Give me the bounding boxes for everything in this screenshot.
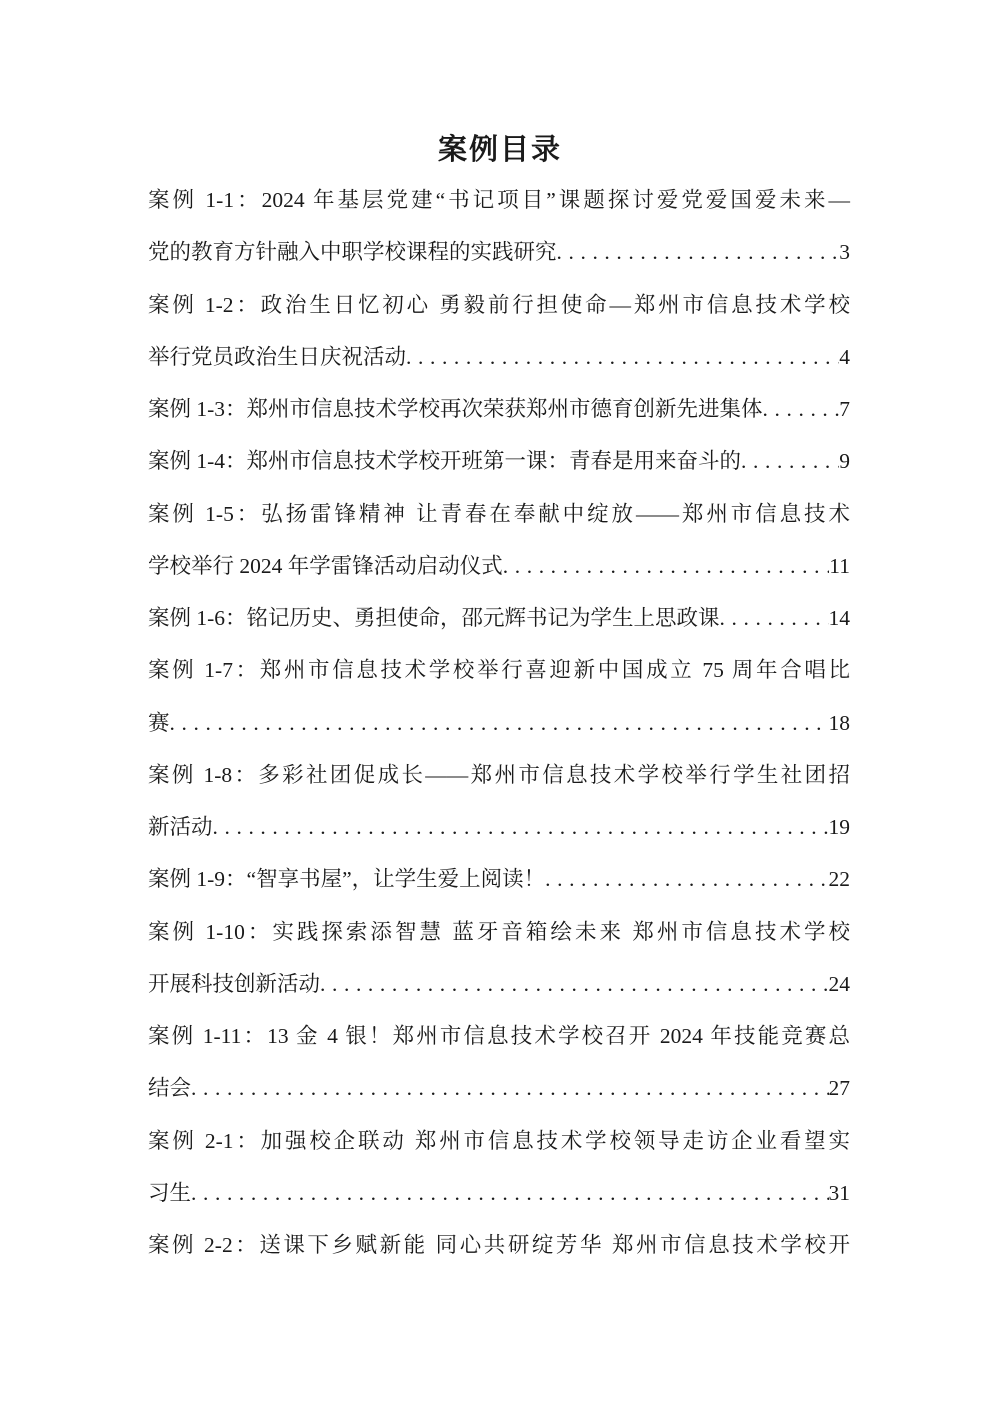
toc-entry-text: 案例 2-2：送课下乡赋新能 同心共研绽芳华 郑州市信息技术学校开 <box>148 1219 850 1271</box>
dot-leader <box>557 226 840 278</box>
toc-line: 习生31 <box>148 1167 850 1219</box>
dot-leader <box>191 1062 828 1114</box>
page-number: 14 <box>829 592 851 644</box>
toc-entry-text: 案例 2-1：加强校企联动 郑州市信息技术学校领导走访企业看望实 <box>148 1115 850 1167</box>
dot-leader <box>503 540 830 592</box>
toc-line: 党的教育方针融入中职学校课程的实践研究3 <box>148 226 850 278</box>
toc-entry-text: 案例 1-3：郑州市信息技术学校再次荣获郑州市德育创新先进集体 <box>148 383 763 435</box>
toc-entry-text: 举行党员政治生日庆祝活动 <box>148 331 406 383</box>
toc-line: 结会27 <box>148 1062 850 1114</box>
page-number: 7 <box>839 383 850 435</box>
dot-leader <box>545 853 828 905</box>
toc-entry-text: 案例 1-9：“智享书屋”，让学生爱上阅读！ <box>148 853 545 905</box>
dot-leader <box>320 958 828 1010</box>
dot-leader <box>213 801 829 853</box>
toc-line: 开展科技创新活动24 <box>148 958 850 1010</box>
toc-entry-text: 新活动 <box>148 801 213 853</box>
toc-entry-text: 案例 1-7：郑州市信息技术学校举行喜迎新中国成立 75 周年合唱比 <box>148 644 850 696</box>
toc-line: 案例 1-3：郑州市信息技术学校再次荣获郑州市德育创新先进集体7 <box>148 383 850 435</box>
dot-leader <box>741 435 839 487</box>
page-title: 案例目录 <box>0 126 1000 174</box>
page-number: 4 <box>839 331 850 383</box>
dot-leader <box>763 383 840 435</box>
toc-entry-text: 案例 1-8：多彩社团促成长——郑州市信息技术学校举行学生社团招 <box>148 749 850 801</box>
toc-line: 赛18 <box>148 697 850 749</box>
dot-leader <box>720 592 829 644</box>
toc-entry-text: 赛 <box>148 697 170 749</box>
toc-line: 案例 1-9：“智享书屋”，让学生爱上阅读！22 <box>148 853 850 905</box>
toc-entry-text: 案例 1-2：政治生日忆初心 勇毅前行担使命—郑州市信息技术学校 <box>148 279 850 331</box>
toc-entry-text: 案例 1-6：铭记历史、勇担使命，邵元辉书记为学生上思政课 <box>148 592 720 644</box>
toc-line: 案例 1-4：郑州市信息技术学校开班第一课：青春是用来奋斗的9 <box>148 435 850 487</box>
dot-leader <box>170 697 829 749</box>
toc-entry-text: 开展科技创新活动 <box>148 958 320 1010</box>
toc-entry-text: 习生 <box>148 1167 191 1219</box>
page-number: 22 <box>829 853 851 905</box>
page-number: 19 <box>829 801 851 853</box>
toc-list: 案例 1-1：2024 年基层党建“书记项目”课题探讨爱党爱国爱未来—党的教育方… <box>148 174 850 1271</box>
toc-line: 案例 1-6：铭记历史、勇担使命，邵元辉书记为学生上思政课14 <box>148 592 850 644</box>
page-number: 27 <box>829 1062 851 1114</box>
page-number: 24 <box>829 958 851 1010</box>
toc-entry-text: 案例 1-10：实践探索添智慧 蓝牙音箱绘未来 郑州市信息技术学校 <box>148 906 850 958</box>
page-number: 31 <box>829 1167 851 1219</box>
page-number: 3 <box>839 226 850 278</box>
toc-entry-text: 党的教育方针融入中职学校课程的实践研究 <box>148 226 557 278</box>
toc-entry-text: 结会 <box>148 1062 191 1114</box>
toc-entry-text: 案例 1-1：2024 年基层党建“书记项目”课题探讨爱党爱国爱未来— <box>148 174 850 226</box>
page-number: 11 <box>829 540 850 592</box>
toc-line: 举行党员政治生日庆祝活动4 <box>148 331 850 383</box>
page-number: 9 <box>839 435 850 487</box>
dot-leader <box>406 331 839 383</box>
toc-line: 学校举行 2024 年学雷锋活动启动仪式11 <box>148 540 850 592</box>
toc-line: 新活动19 <box>148 801 850 853</box>
toc-entry-text: 案例 1-4：郑州市信息技术学校开班第一课：青春是用来奋斗的 <box>148 435 741 487</box>
toc-entry-text: 案例 1-11：13 金 4 银！郑州市信息技术学校召开 2024 年技能竞赛总 <box>148 1010 850 1062</box>
document-page: 案例目录 案例 1-1：2024 年基层党建“书记项目”课题探讨爱党爱国爱未来—… <box>0 0 1000 1414</box>
toc-entry-text: 学校举行 2024 年学雷锋活动启动仪式 <box>148 540 503 592</box>
dot-leader <box>191 1167 828 1219</box>
page-number: 18 <box>829 697 851 749</box>
toc-entry-text: 案例 1-5：弘扬雷锋精神 让青春在奉献中绽放——郑州市信息技术 <box>148 488 850 540</box>
